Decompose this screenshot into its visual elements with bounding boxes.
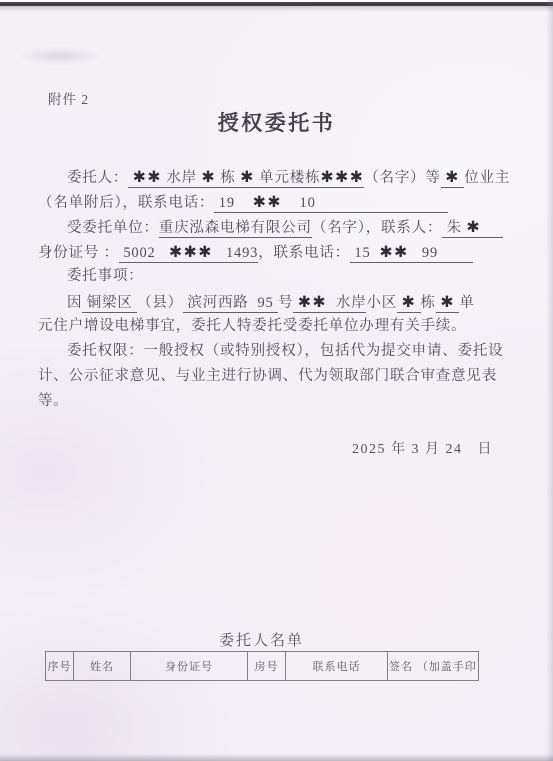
redaction-star: ✱✱✱: [320, 167, 364, 186]
filled-blank-field: ✱✱ 水岸 ✱ 栋 ✱ 单元楼栋✱✱✱: [128, 170, 364, 188]
redaction-star: ✱✱: [379, 242, 408, 261]
static-text: 栋: [421, 295, 436, 311]
filled-blank-field: 5002 ✱✱✱ 1493: [119, 245, 258, 263]
document-line: 委托事项：: [38, 264, 518, 289]
static-text: ，联系电话：: [258, 245, 350, 261]
document-line: 因 铜梁区 （县） 滨河西路 95 号 ✱✱ 水岸小区 ✱ 栋 ✱ 单: [38, 289, 518, 314]
roster-header-cell: 序号: [46, 652, 74, 681]
document-date: 2025 年 3 月 24 日: [352, 438, 493, 458]
filled-blank-field: ✱: [441, 170, 465, 188]
static-text: （名字），联系人：: [312, 220, 442, 236]
static-text: 委托事项：: [67, 268, 144, 284]
filled-blank-field: 19 ✱✱ 10: [214, 195, 448, 213]
redaction-star: ✱✱✱: [169, 242, 213, 261]
document-body: 委托人： ✱✱ 水岸 ✱ 栋 ✱ 单元楼栋✱✱✱（名字）等 ✱ 位业主（名单附后…: [38, 164, 518, 414]
redaction-star: ✱✱: [253, 192, 282, 211]
scan-right-edge-artifact: [546, 0, 553, 761]
roster-header-row: 序号姓名身份证号房号联系电话签名 （加盖手印）: [46, 652, 479, 681]
redaction-star: ✱✱: [133, 167, 162, 186]
static-text: 元住户增设电梯事宜，委托人特委托受委托单位办理有关手续。: [38, 318, 466, 334]
attachment-label: 附件 2: [48, 88, 89, 108]
document-line: 身份证号 ： 5002 ✱✱✱ 1493，联系电话： 15 ✱✱ 99: [38, 239, 518, 264]
document-line: 计、公示征求意见、与业主进行协调、代为领取部门联合审查意见表: [38, 364, 518, 389]
static-text: 等。: [38, 393, 69, 409]
document-line: 受委托单位：重庆泓森电梯有限公司（名字），联系人： 朱 ✱: [38, 214, 518, 239]
redaction-star: ✱: [440, 292, 455, 311]
scan-bottom-edge-artifact: [0, 754, 553, 761]
static-text: （名字）等: [364, 170, 441, 186]
redaction-star: ✱: [240, 167, 255, 186]
static-text: 身份证号 ：: [38, 245, 119, 261]
filled-blank-field: 铜梁区: [82, 295, 137, 313]
roster-header-cell: 签名 （加盖手印）: [388, 652, 479, 681]
filled-blank-field: 15 ✱✱ 99: [350, 245, 473, 263]
static-text: 单: [459, 295, 474, 311]
filled-blank-field: 重庆泓森电梯有限公司: [159, 220, 312, 238]
static-text: 位业主: [464, 170, 510, 186]
redaction-star: ✱: [445, 167, 460, 186]
static-text: （名单附后），联系电话：: [38, 195, 214, 211]
static-text: 号: [278, 295, 293, 311]
document-line: 委托人： ✱✱ 水岸 ✱ 栋 ✱ 单元楼栋✱✱✱（名字）等 ✱ 位业主: [38, 164, 518, 189]
scanned-document-page: 附件 2 授权委托书 委托人： ✱✱ 水岸 ✱ 栋 ✱ 单元楼栋✱✱✱（名字）等…: [0, 0, 553, 761]
redaction-star: ✱: [466, 217, 481, 236]
redaction-star: ✱: [201, 167, 216, 186]
roster-table: 序号姓名身份证号房号联系电话签名 （加盖手印）: [45, 651, 479, 681]
roster-header-cell: 房号: [248, 652, 286, 681]
static-text: 委托人：: [67, 170, 128, 186]
static-text: 因: [67, 295, 82, 311]
filled-blank-field: ✱✱ 水岸: [293, 295, 366, 313]
document-line: 元住户增设电梯事宜，委托人特委托受委托单位办理有关手续。: [38, 314, 518, 339]
document-title: 授权委托书: [0, 107, 553, 137]
static-text: 委托权限：一般授权（或特别授权），包括代为提交申请、委托设: [67, 343, 503, 359]
scan-top-edge-artifact: [0, 0, 553, 12]
filled-blank-field: 朱 ✱: [442, 220, 503, 238]
static-text: 小区: [366, 295, 397, 311]
filled-blank-field: ✱: [436, 295, 460, 313]
document-line: （名单附后），联系电话： 19 ✱✱ 10: [38, 189, 518, 214]
static-text: 计、公示征求意见、与业主进行协调、代为领取部门联合审查意见表: [38, 368, 497, 384]
static-text: 受委托单位：: [67, 220, 159, 236]
filled-blank-field: 滨河西路 95: [183, 295, 278, 313]
roster-header-cell: 联系电话: [286, 652, 388, 681]
document-line: 委托权限：一般授权（或特别授权），包括代为提交申请、委托设: [38, 339, 518, 364]
roster-title: 委托人名单: [45, 629, 478, 650]
document-line: 等。: [38, 389, 518, 414]
static-text: （县）: [137, 295, 183, 311]
redaction-star: ✱: [401, 292, 416, 311]
roster-header-cell: 姓名: [74, 652, 131, 681]
filled-blank-field: ✱: [397, 295, 421, 313]
roster-header-cell: 身份证号: [131, 652, 248, 681]
redaction-star: ✱✱: [298, 292, 327, 311]
